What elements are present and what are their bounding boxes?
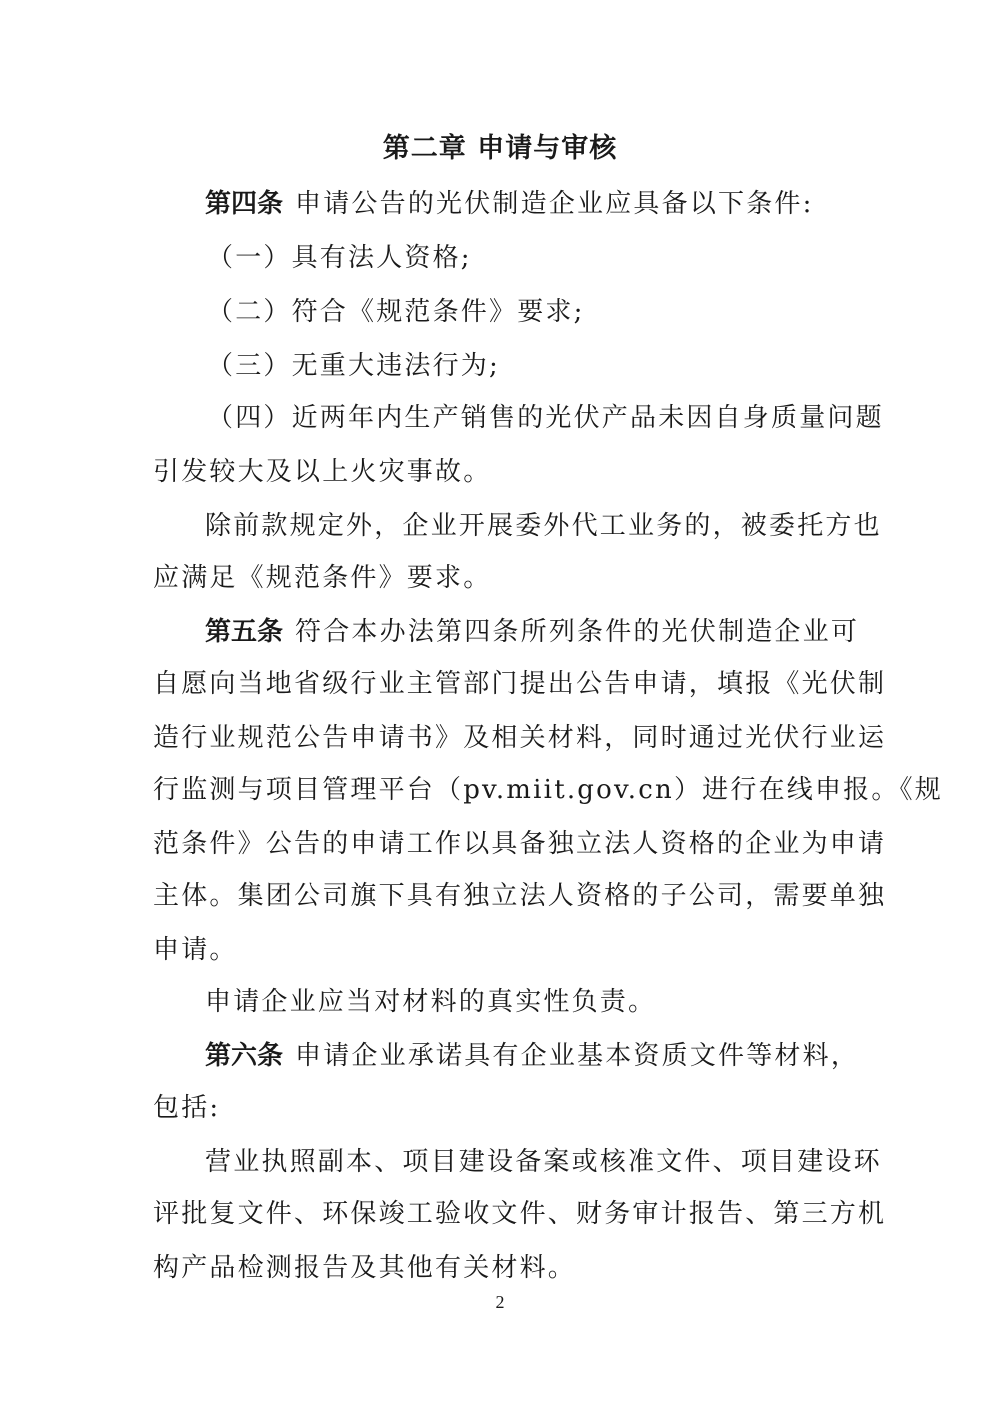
article-5-cont-1: 自愿向当地省级行业主管部门提出公告申请，填报《光伏制 (153, 666, 850, 702)
article-5-cont-2: 造行业规范公告申请书》及相关材料，同时通过光伏行业运 (153, 720, 850, 756)
article-4-item-4: （四）近两年内生产销售的光伏产品未因自身质量问题 (207, 400, 852, 436)
article-5-cont-3: 行监测与项目管理平台（pv.miit.gov.cn）进行在线申报。《规 (153, 772, 850, 808)
article-4-item-2: （二）符合《规范条件》要求; (207, 294, 852, 330)
article-6-cont-1: 包括: (153, 1090, 850, 1126)
article-5-cont-5: 主体。集团公司旗下具有独立法人资格的子公司，需要单独 (153, 878, 850, 914)
article-6-line-1: 第六条申请企业承诺具有企业基本资质文件等材料， (205, 1038, 850, 1074)
article-4-extra: 除前款规定外，企业开展委外代工业务的，被委托方也 (205, 508, 850, 544)
article-4-item-3: （三）无重大违法行为; (207, 348, 852, 384)
article-4-line-1: 第四条申请公告的光伏制造企业应具备以下条件: (205, 186, 850, 222)
article-6-para-cont-2: 构产品检测报告及其他有关材料。 (153, 1250, 850, 1286)
article-6-label: 第六条 (205, 1041, 283, 1071)
page-number: 2 (0, 1292, 1000, 1313)
article-5-line-1: 第五条符合本办法第四条所列条件的光伏制造企业可 (205, 614, 850, 650)
article-5-label: 第五条 (205, 617, 283, 647)
article-6-para: 营业执照副本、项目建设备案或核准文件、项目建设环 (205, 1144, 850, 1180)
article-4-extra-cont: 应满足《规范条件》要求。 (153, 560, 850, 596)
article-5-cont-4: 范条件》公告的申请工作以具备独立法人资格的企业为申请 (153, 826, 850, 862)
article-4-label: 第四条 (205, 189, 283, 219)
article-5-cont-6: 申请。 (153, 932, 850, 968)
article-5-text: 符合本办法第四条所列条件的光伏制造企业可 (295, 617, 859, 647)
article-4-text: 申请公告的光伏制造企业应具备以下条件: (295, 189, 814, 219)
article-6-para-cont-1: 评批复文件、环保竣工验收文件、财务审计报告、第三方机 (153, 1196, 850, 1232)
article-5-extra: 申请企业应当对材料的真实性负责。 (205, 984, 850, 1020)
chapter-title: 第二章 申请与审核 (0, 126, 1000, 165)
article-4-item-4-cont: 引发较大及以上火灾事故。 (153, 454, 850, 490)
article-6-text: 申请企业承诺具有企业基本资质文件等材料， (295, 1041, 859, 1071)
document-page: 第二章 申请与审核 第四条申请公告的光伏制造企业应具备以下条件: （一）具有法人… (0, 0, 1000, 1414)
article-4-item-1: （一）具有法人资格; (207, 240, 852, 276)
